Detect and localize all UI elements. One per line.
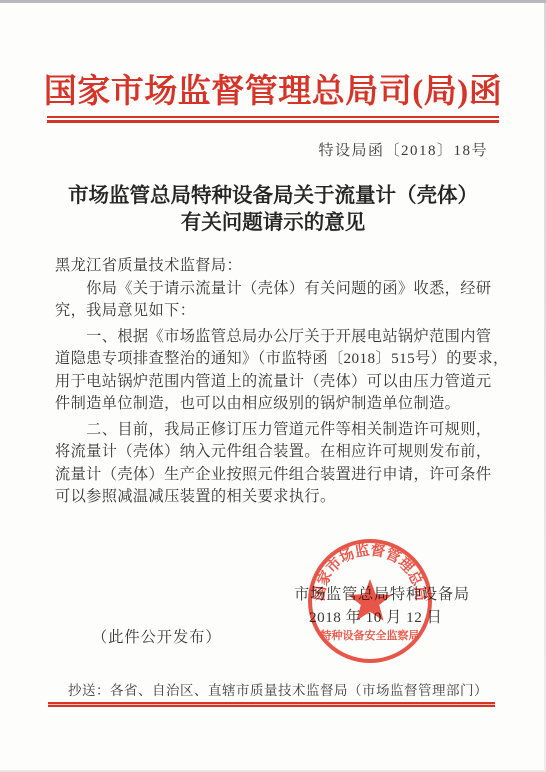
letterhead-title: 国家市场监督管理总局司(局)函 — [0, 65, 546, 112]
letterhead-rule — [47, 116, 499, 123]
official-seal: 国家市场监督管理总局 特种设备安全监察局 — [300, 531, 440, 671]
body-line: 究，我局意见如下： — [55, 300, 493, 323]
salutation: 黑龙江省质量技术监督局： — [55, 255, 493, 278]
cc-line: 抄送：各省、自治区、直辖市质量技术监督局（市场监督管理部门） — [68, 679, 488, 699]
document-title-line-2: 有关问题请示的意见 — [20, 210, 526, 237]
official-letter-page: 国家市场监督管理总局司(局)函 特设局函〔2018〕18号 市场监管总局特种设备… — [0, 0, 546, 772]
footer-rule — [48, 702, 495, 707]
body-line: 道隐患专项排查整治的通知》（市监特函〔2018〕515号）的要求， — [55, 348, 493, 371]
body-paragraphs: 你局《关于请示流量计（壳体）有关问题的函》收悉，经研究，我局意见如下： 一、根据… — [55, 278, 493, 509]
document-title-line-1: 市场监管总局特种设备局关于流量计（壳体） — [20, 183, 526, 210]
body-line: 二、目前，我局正修订压力管道元件等相关制造许可规则， — [55, 419, 493, 442]
star-icon — [348, 579, 392, 621]
body-line: 流量计（壳体）生产企业按照元件组合装置进行申请，许可条件 — [55, 464, 493, 487]
letter-body: 黑龙江省质量技术监督局： 你局《关于请示流量计（壳体）有关问题的函》收悉，经研究… — [55, 255, 493, 509]
document-number: 特设局函〔2018〕18号 — [318, 139, 488, 160]
document-title: 市场监管总局特种设备局关于流量计（壳体） 有关问题请示的意见 — [20, 183, 526, 237]
paragraph: 你局《关于请示流量计（壳体）有关问题的函》收悉，经研究，我局意见如下： — [55, 278, 493, 323]
seal-bottom-text: 特种设备安全监察局 — [321, 628, 420, 642]
public-release-note: （此件公开发布） — [92, 626, 222, 647]
body-line: 将流量计（壳体）纳入元件组合装置。在相应许可规则发布前， — [55, 441, 493, 464]
body-line: 用于电站锅炉范围内管道上的流量计（壳体）可以由压力管道元 — [55, 371, 493, 394]
body-line: 你局《关于请示流量计（壳体）有关问题的函》收悉，经研 — [55, 278, 493, 301]
paragraph: 二、目前，我局正修订压力管道元件等相关制造许可规则，将流量计（壳体）纳入元件组合… — [55, 419, 493, 509]
body-line: 件制造单位制造，也可以由相应级别的锅炉制造单位制造。 — [55, 393, 493, 416]
body-line: 一、根据《市场监管总局办公厅关于开展电站锅炉范围内管 — [55, 326, 493, 349]
body-line: 可以参照减温减压装置的相关要求执行。 — [55, 486, 493, 509]
paragraph: 一、根据《市场监管总局办公厅关于开展电站锅炉范围内管道隐患专项排查整治的通知》（… — [55, 326, 493, 416]
